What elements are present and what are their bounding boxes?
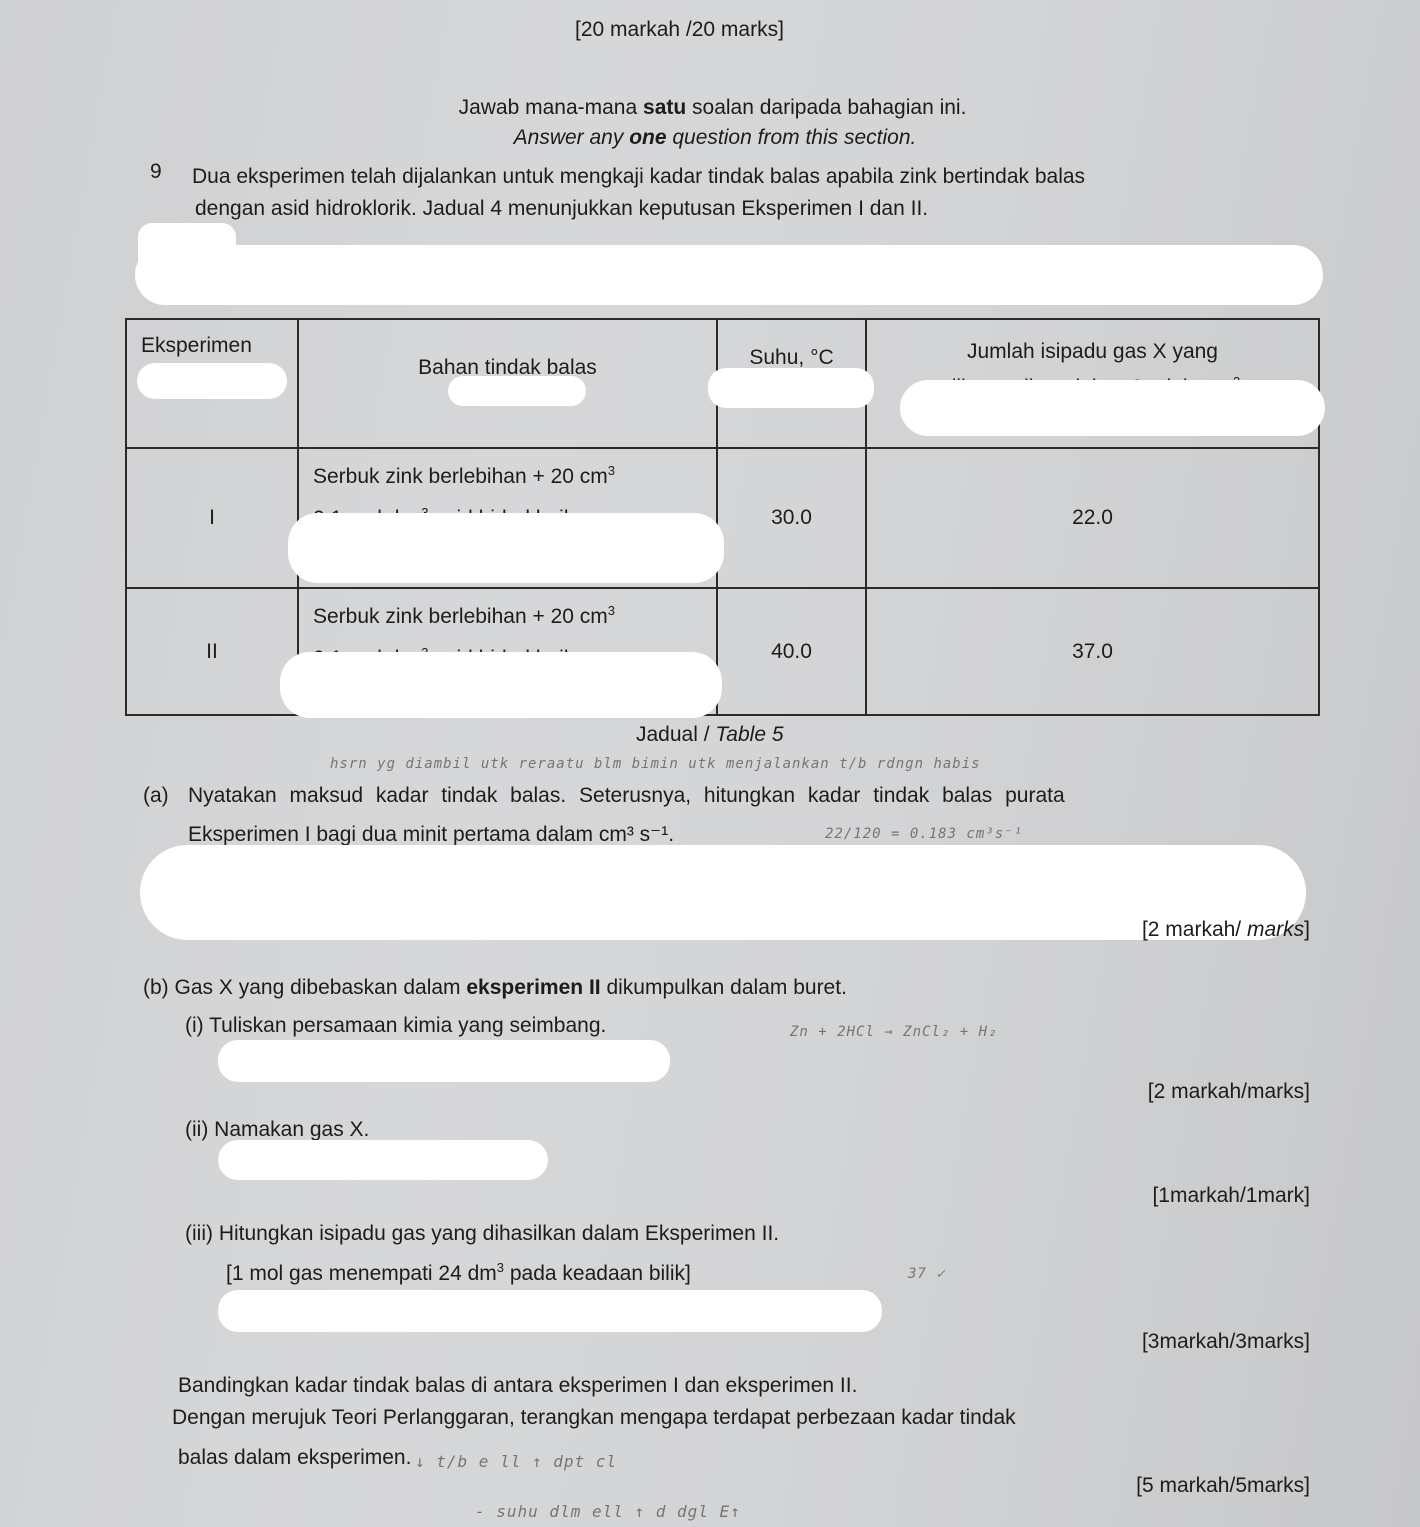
table-caption-italic: Table 5 xyxy=(715,723,783,746)
part-a-marks: [2 markah/ marks] xyxy=(1142,918,1310,942)
redaction xyxy=(218,1290,882,1332)
redaction xyxy=(218,1140,548,1180)
cell-temperature: 40.0 xyxy=(717,588,866,715)
handwritten-note: hsrn yg diambil utk reraatu blm bimin ut… xyxy=(330,756,981,772)
part-b-stem-pre: Gas X yang dibebaskan dalam xyxy=(175,976,467,999)
instruction-english-pre: Answer any xyxy=(514,126,630,149)
part-a-line1: Nyatakan maksud kadar tindak balas. Sete… xyxy=(188,784,1065,808)
question-intro-line2: dengan asid hidroklorik. Jadual 4 menunj… xyxy=(195,197,928,221)
redaction xyxy=(140,845,1306,940)
handwritten-answer-line1: ↓ t/b e ll ↑ dpt cl xyxy=(415,1452,617,1471)
superscript: 3 xyxy=(608,603,615,618)
instruction-english-post: question from this section. xyxy=(667,126,917,149)
cell-experiment: I xyxy=(126,448,298,588)
handwritten-calculation: 22/120 = 0.183 cm³s⁻¹ xyxy=(825,826,1023,842)
instruction-malay-bold: satu xyxy=(643,96,686,119)
reactant-line1: Serbuk zink berlebihan + 20 cm xyxy=(313,465,608,488)
redaction xyxy=(288,513,724,583)
question-intro-line1: Dua eksperimen telah dijalankan untuk me… xyxy=(192,165,1085,189)
redaction xyxy=(708,368,874,408)
part-b-label: (b) xyxy=(143,976,169,999)
table-caption: Jadual / Table 5 xyxy=(636,723,784,747)
header-volume-line1: Jumlah isipadu gas X yang xyxy=(868,337,1317,367)
cell-temperature: 30.0 xyxy=(717,448,866,588)
cell-experiment: II xyxy=(126,588,298,715)
part-b-ii-marks: [1markah/1mark] xyxy=(1152,1184,1310,1208)
part-a-label: (a) xyxy=(143,784,169,808)
part-b-iii-text: (iii) Hitungkan isipadu gas yang dihasil… xyxy=(185,1222,779,1246)
part-b-ii-text: (ii) Namakan gas X. xyxy=(185,1118,369,1142)
redaction xyxy=(900,380,1325,436)
part-a-marks-italic: marks xyxy=(1247,918,1304,941)
part-b-stem-bold: eksperimen II xyxy=(466,976,600,999)
part-b-i-text: (i) Tuliskan persamaan kimia yang seimba… xyxy=(185,1014,606,1038)
part-c-line1: Bandingkan kadar tindak balas di antara … xyxy=(178,1374,857,1398)
instruction-malay-post: soalan daripada bahagian ini. xyxy=(686,96,966,119)
redaction xyxy=(218,1040,670,1082)
total-marks: [20 markah /20 marks] xyxy=(575,18,784,42)
question-number: 9 xyxy=(150,160,162,184)
redaction xyxy=(280,652,722,718)
cell-volume: 22.0 xyxy=(866,448,1319,588)
redaction xyxy=(137,363,287,399)
reactant-line1: Serbuk zink berlebihan + 20 cm xyxy=(313,605,608,628)
part-c-marks: [5 markah/5marks] xyxy=(1136,1474,1310,1498)
instruction-malay: Jawab mana-mana satu soalan daripada bah… xyxy=(0,96,1420,120)
part-a-marks-pre: [2 markah/ xyxy=(1142,918,1247,941)
instruction-english: Answer any one question from this sectio… xyxy=(0,126,1420,150)
part-a-line2: Eksperimen I bagi dua minit pertama dala… xyxy=(188,822,674,847)
part-c-line2: Dengan merujuk Teori Perlanggaran, teran… xyxy=(172,1406,1016,1430)
instruction-english-bold: one xyxy=(629,126,666,149)
table-caption-pre: Jadual / xyxy=(636,723,715,746)
redaction xyxy=(135,245,1323,305)
part-b-iii-note-post: pada keadaan bilik] xyxy=(504,1262,691,1285)
instruction-malay-pre: Jawab mana-mana xyxy=(459,96,643,119)
handwritten-answer-line2: - suhu dlm ell ↑ d dgl E↑ xyxy=(475,1502,741,1521)
part-b-i-marks: [2 markah/marks] xyxy=(1148,1080,1310,1104)
superscript: 3 xyxy=(497,1260,504,1275)
superscript: 3 xyxy=(608,463,615,478)
part-a-marks-post: ] xyxy=(1304,918,1310,941)
part-b-stem-post: dikumpulkan dalam buret. xyxy=(601,976,847,999)
header-temperature-text: Suhu, °C xyxy=(749,346,833,369)
part-c-line3: balas dalam eksperimen. xyxy=(178,1446,411,1470)
redaction xyxy=(448,376,586,406)
part-b-iii-note: [1 mol gas menempati 24 dm3 pada keadaan… xyxy=(226,1260,691,1286)
cell-volume: 37.0 xyxy=(866,588,1319,715)
handwritten-equation: Zn + 2HCl → ZnCl₂ + H₂ xyxy=(790,1024,997,1040)
handwritten-answer: 37 ✓ xyxy=(908,1266,946,1282)
part-b-iii-marks: [3markah/3marks] xyxy=(1142,1330,1310,1354)
part-b-iii-note-pre: [1 mol gas menempati 24 dm xyxy=(226,1262,497,1285)
part-b-stem: (b) Gas X yang dibebaskan dalam eksperim… xyxy=(143,976,847,1000)
